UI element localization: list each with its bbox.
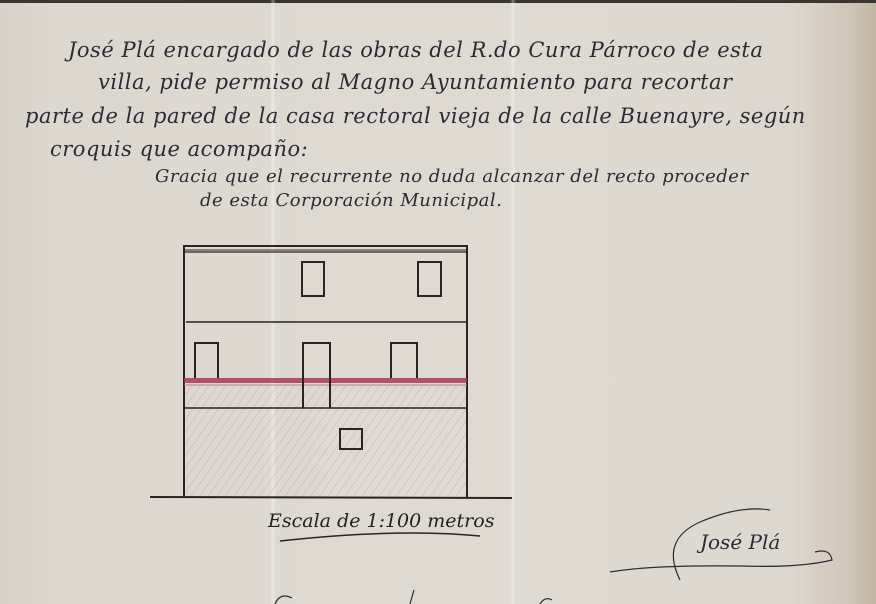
red-band: [184, 378, 467, 383]
window: [302, 262, 324, 296]
window: [391, 343, 417, 378]
scale-label: Escala de 1:100 metros: [268, 510, 494, 532]
window: [195, 343, 218, 378]
hatched-ground-floor: [184, 408, 466, 497]
window: [418, 262, 441, 296]
signature: José Plá: [700, 530, 780, 554]
ground-line: [150, 497, 512, 498]
hatched-plinth: [184, 386, 466, 408]
